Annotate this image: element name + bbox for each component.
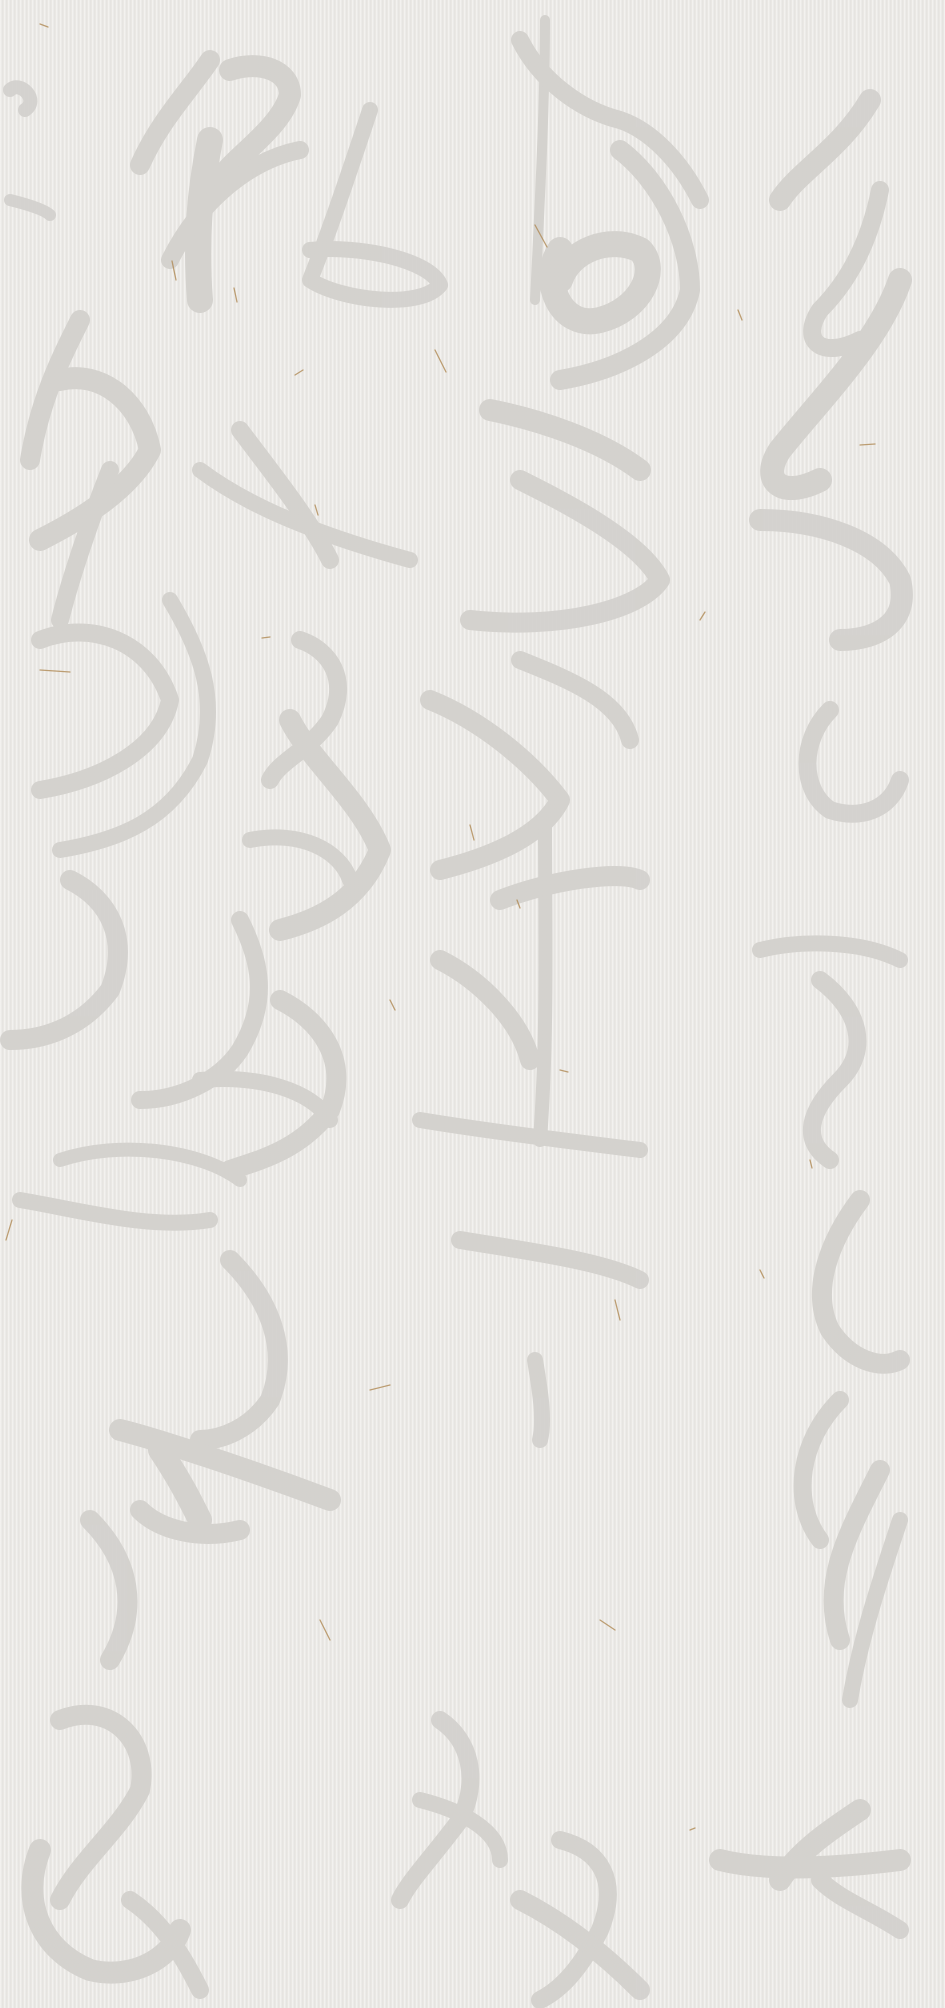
paper-fiber-flecks: [0, 0, 945, 2008]
calligraphy-paper-background: [0, 0, 945, 2008]
